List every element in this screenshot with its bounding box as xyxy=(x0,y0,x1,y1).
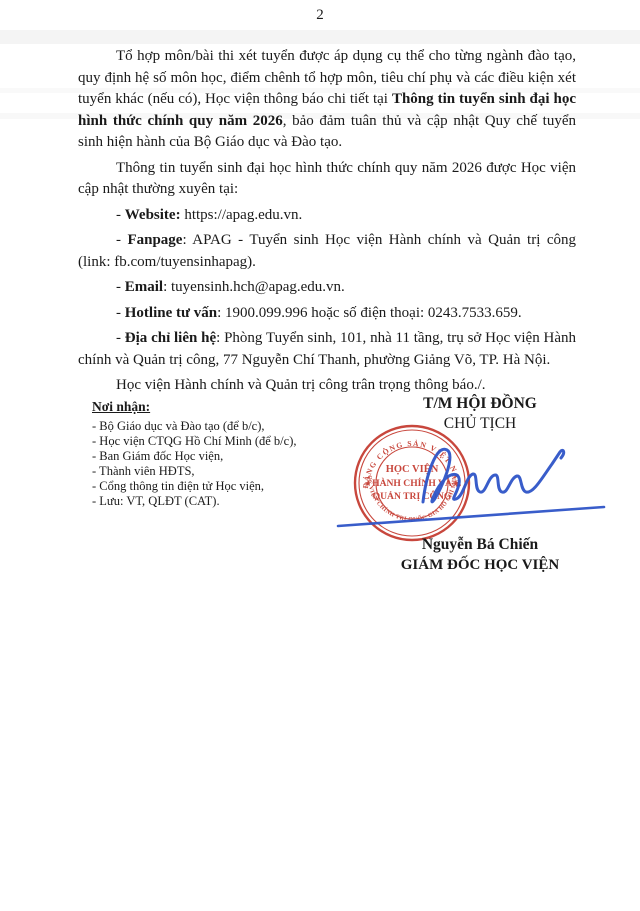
contact-item-hotline: - Hotline tư vấn: 1900.099.996 hoặc số đ… xyxy=(78,303,576,325)
contact-item-fanpage: - Fanpage: APAG - Tuyển sinh Học viện Hà… xyxy=(78,230,576,273)
contact-dash: - xyxy=(116,232,127,248)
contact-dash: - xyxy=(116,305,125,321)
contact-item-website: - Website: https://apag.edu.vn. xyxy=(78,205,576,227)
contact-label-email: Email xyxy=(125,279,163,295)
signature-scrawl xyxy=(423,449,564,502)
contact-dash: - xyxy=(116,207,125,223)
ink-signature xyxy=(330,428,622,548)
contact-value-hotline: : 1900.099.996 hoặc số điện thoại: 0243.… xyxy=(217,305,522,321)
contact-label-fanpage: Fanpage xyxy=(127,232,182,248)
contact-item-address: - Địa chỉ liên hệ: Phòng Tuyển sinh, 101… xyxy=(78,328,576,371)
paragraph-update-info: Thông tin tuyển sinh đại học hình thức c… xyxy=(78,158,576,201)
signer-title: GIÁM ĐỐC HỌC VIỆN xyxy=(340,557,620,574)
contact-label-hotline: Hotline tư vấn xyxy=(125,305,217,321)
document-page: 2 Tổ hợp môn/bài thi xét tuyển được áp d… xyxy=(0,0,640,911)
document-body: Tổ hợp môn/bài thi xét tuyển được áp dụn… xyxy=(78,46,576,401)
on-behalf-line: T/M HỘI ĐỒNG xyxy=(340,394,620,414)
contact-dash: - xyxy=(116,279,125,295)
contact-item-email: - Email: tuyensinh.hch@apag.edu.vn. xyxy=(78,277,576,299)
page-number: 2 xyxy=(0,7,640,24)
contact-dash: - xyxy=(116,330,125,346)
signer-name: Nguyễn Bá Chiến xyxy=(340,536,620,554)
contact-label-website: Website: xyxy=(125,207,181,223)
signature-underline xyxy=(338,507,604,526)
paragraph-intro: Tổ hợp môn/bài thi xét tuyển được áp dụn… xyxy=(78,46,576,154)
scan-artifact-band xyxy=(0,30,640,44)
contact-value-email: : tuyensinh.hch@apag.edu.vn. xyxy=(163,279,345,295)
contact-value-website: https://apag.edu.vn. xyxy=(181,207,303,223)
contact-label-address: Địa chỉ liên hệ xyxy=(125,330,216,346)
